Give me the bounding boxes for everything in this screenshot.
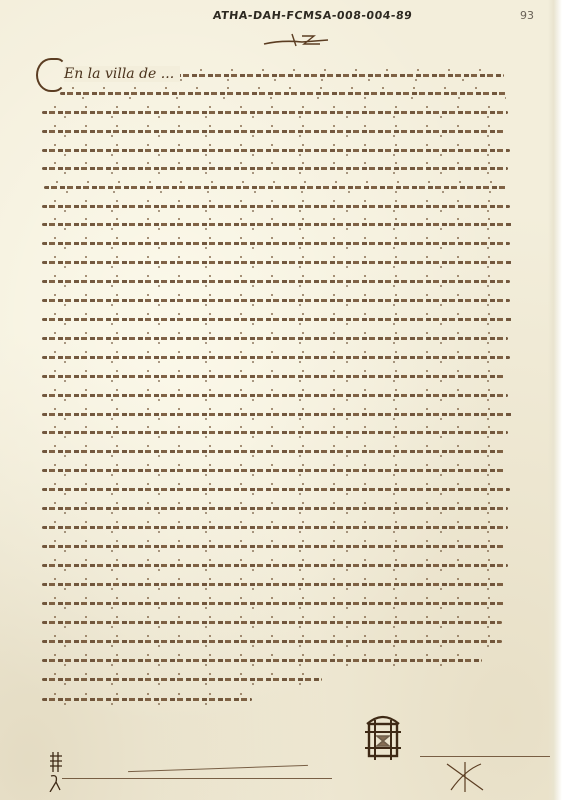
script-line <box>42 461 506 479</box>
folio-number: 93 <box>520 9 534 22</box>
script-line <box>42 329 508 347</box>
script-line <box>42 291 510 309</box>
script-line <box>42 670 322 688</box>
script-line <box>42 575 504 593</box>
script-line <box>42 215 512 233</box>
notarial-sign-icon <box>361 710 405 766</box>
manuscript-page: ATHA-DAH-FCMSA-008-004-89 93 En la villa… <box>0 0 562 800</box>
script-line <box>42 141 510 159</box>
script-line <box>42 234 510 252</box>
page-edge <box>548 0 562 800</box>
script-line: En la villa de ... <box>64 66 504 84</box>
script-line <box>42 442 504 460</box>
script-line <box>42 159 508 177</box>
rubric-line <box>420 756 550 757</box>
script-line <box>60 84 506 102</box>
script-line <box>42 518 508 536</box>
script-line <box>42 480 510 498</box>
script-line <box>42 499 508 517</box>
opening-words: En la villa de ... <box>64 66 180 82</box>
script-line <box>42 594 504 612</box>
script-line <box>42 386 508 404</box>
archival-reference-label: ATHA-DAH-FCMSA-008-004-89 <box>212 9 413 22</box>
script-line <box>42 632 502 650</box>
margin-cross-sign-icon <box>48 752 64 792</box>
script-line <box>42 367 504 385</box>
rubric-line <box>128 765 308 772</box>
manuscript-text-body: En la villa de ... <box>40 60 540 750</box>
script-line <box>42 690 252 708</box>
signature-flourish-icon <box>445 760 485 794</box>
script-line <box>42 651 482 669</box>
rubric-line <box>62 778 332 779</box>
script-line <box>42 103 508 121</box>
script-line <box>42 253 512 271</box>
script-line <box>42 405 512 423</box>
script-line <box>42 613 502 631</box>
script-line <box>42 423 508 441</box>
script-line <box>42 310 512 328</box>
script-line <box>42 197 510 215</box>
script-line <box>44 178 508 196</box>
script-line <box>42 556 508 574</box>
script-line <box>42 122 504 140</box>
script-line <box>42 272 510 290</box>
header-cross-mark-icon <box>262 32 332 48</box>
script-line <box>42 348 510 366</box>
script-line <box>42 537 504 555</box>
